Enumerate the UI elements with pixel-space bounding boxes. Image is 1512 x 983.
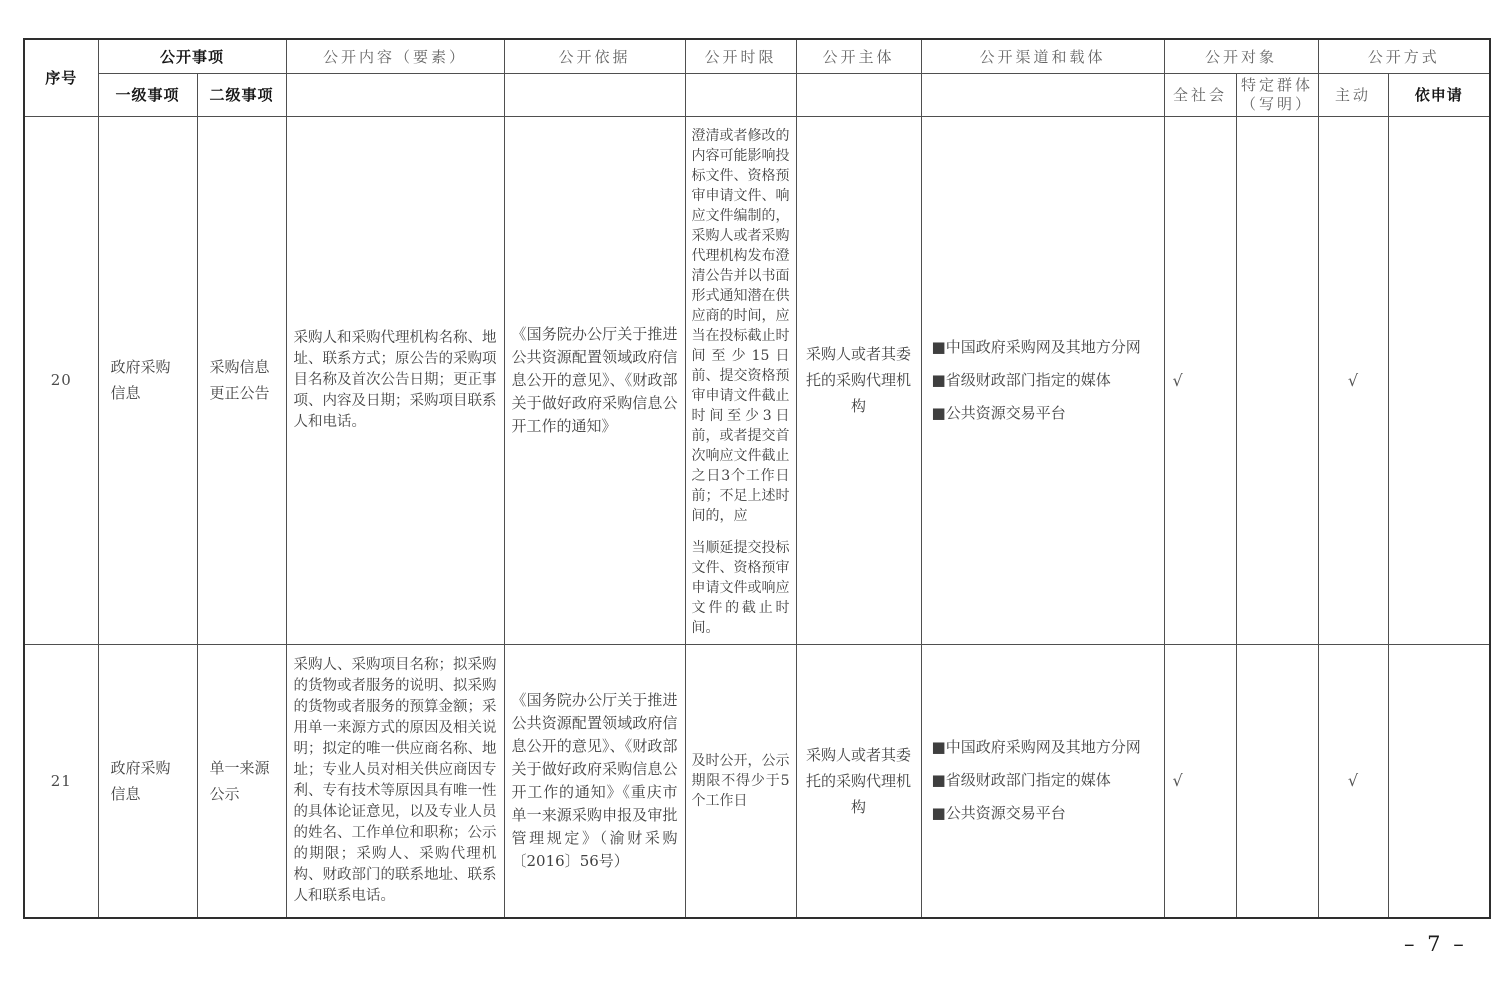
channel-item: ■公共资源交易平台 [932,797,1154,830]
time-limit-paragraph: 澄清或者修改的内容可能影响投标文件、资格预审申请文件、响应文件编制的，采购人或者… [692,126,790,526]
cell-basis: 《国务院办公厅关于推进公共资源配置领域政府信息公开的意见》、《财政部关于做好政府… [504,644,685,918]
col-header-serial: 序号 [24,39,98,116]
channel-item: ■省级财政部门指定的媒体 [932,364,1154,397]
cell-channels: ■中国政府采购网及其地方分网 ■省级财政部门指定的媒体 ■公共资源交易平台 [921,116,1164,644]
cell-time-limit: 及时公开，公示期限不得少于5个工作日 [685,644,796,918]
cell-audience-all-check: √ [1164,116,1236,644]
col-header-basis: 公开依据 [504,39,685,73]
cell-level2: 采购信息更正公告 [197,116,286,644]
cell-level1: 政府采购信息 [98,116,197,644]
cell-method-on-request-check [1388,644,1490,918]
time-limit-paragraph: 当顺延提交投标文件、资格预审申请文件或响应文件的截止时间。 [692,538,790,638]
header-spacer-subject [796,73,921,116]
table-row-20: 20 政府采购信息 采购信息更正公告 采购人和采购代理机构名称、地址、联系方式；… [24,116,1490,644]
header-spacer-channels [921,73,1164,116]
cell-content: 采购人和采购代理机构名称、地址、联系方式；原公告的采购项目名称及首次公告日期；更… [286,116,504,644]
col-header-subject: 公开主体 [796,39,921,73]
page-number: – 7 – [1404,932,1467,956]
header-row-1: 序号 公开事项 公开内容（要素） 公开依据 公开时限 公开主体 公开渠道和载体 … [24,39,1490,73]
audience-specific-line2: （写明） [1237,95,1318,114]
col-header-audience-specific: 特定群体 （写明） [1236,73,1318,116]
col-header-method-active: 主动 [1318,73,1388,116]
time-limit-paragraph: 及时公开，公示期限不得少于5个工作日 [692,751,790,811]
channel-item: ■公共资源交易平台 [932,397,1154,430]
col-header-matter-level1: 一级事项 [98,73,197,116]
col-header-method-on-request: 依申请 [1388,73,1490,116]
cell-time-limit: 澄清或者修改的内容可能影响投标文件、资格预审申请文件、响应文件编制的，采购人或者… [685,116,796,644]
table-row-21: 21 政府采购信息 单一来源公示 采购人、采购项目名称；拟采购的货物或者服务的说… [24,644,1490,918]
cell-level2: 单一来源公示 [197,644,286,918]
cell-basis: 《国务院办公厅关于推进公共资源配置领域政府信息公开的意见》、《财政部关于做好政府… [504,116,685,644]
col-header-audience-group: 公开对象 [1164,39,1318,73]
col-header-matter-group: 公开事项 [98,39,286,73]
header-spacer-time-limit [685,73,796,116]
channel-item: ■省级财政部门指定的媒体 [932,764,1154,797]
channel-item: ■中国政府采购网及其地方分网 [932,331,1154,364]
cell-method-active-check: √ [1318,644,1388,918]
cell-channels: ■中国政府采购网及其地方分网 ■省级财政部门指定的媒体 ■公共资源交易平台 [921,644,1164,918]
channel-item: ■中国政府采购网及其地方分网 [932,731,1154,764]
cell-level1: 政府采购信息 [98,644,197,918]
col-header-audience-all: 全社会 [1164,73,1236,116]
cell-audience-all-check: √ [1164,644,1236,918]
cell-audience-specific-check [1236,116,1318,644]
col-header-method-group: 公开方式 [1318,39,1490,73]
cell-serial: 21 [24,644,98,918]
header-spacer-basis [504,73,685,116]
cell-content: 采购人、采购项目名称；拟采购的货物或者服务的说明、拟采购的货物或者服务的预算金额… [286,644,504,918]
col-header-time-limit: 公开时限 [685,39,796,73]
cell-audience-specific-check [1236,644,1318,918]
col-header-content: 公开内容（要素） [286,39,504,73]
cell-subject: 采购人或者其委托的采购代理机构 [796,116,921,644]
cell-serial: 20 [24,116,98,644]
audience-specific-line1: 特定群体 [1237,76,1318,95]
col-header-channels: 公开渠道和载体 [921,39,1164,73]
col-header-matter-level2: 二级事项 [197,73,286,116]
header-row-2: 一级事项 二级事项 全社会 特定群体 （写明） 主动 依申请 [24,73,1490,116]
header-spacer-content [286,73,504,116]
cell-method-on-request-check [1388,116,1490,644]
disclosure-table: 序号 公开事项 公开内容（要素） 公开依据 公开时限 公开主体 公开渠道和载体 … [23,38,1491,919]
cell-subject: 采购人或者其委托的采购代理机构 [796,644,921,918]
cell-method-active-check: √ [1318,116,1388,644]
